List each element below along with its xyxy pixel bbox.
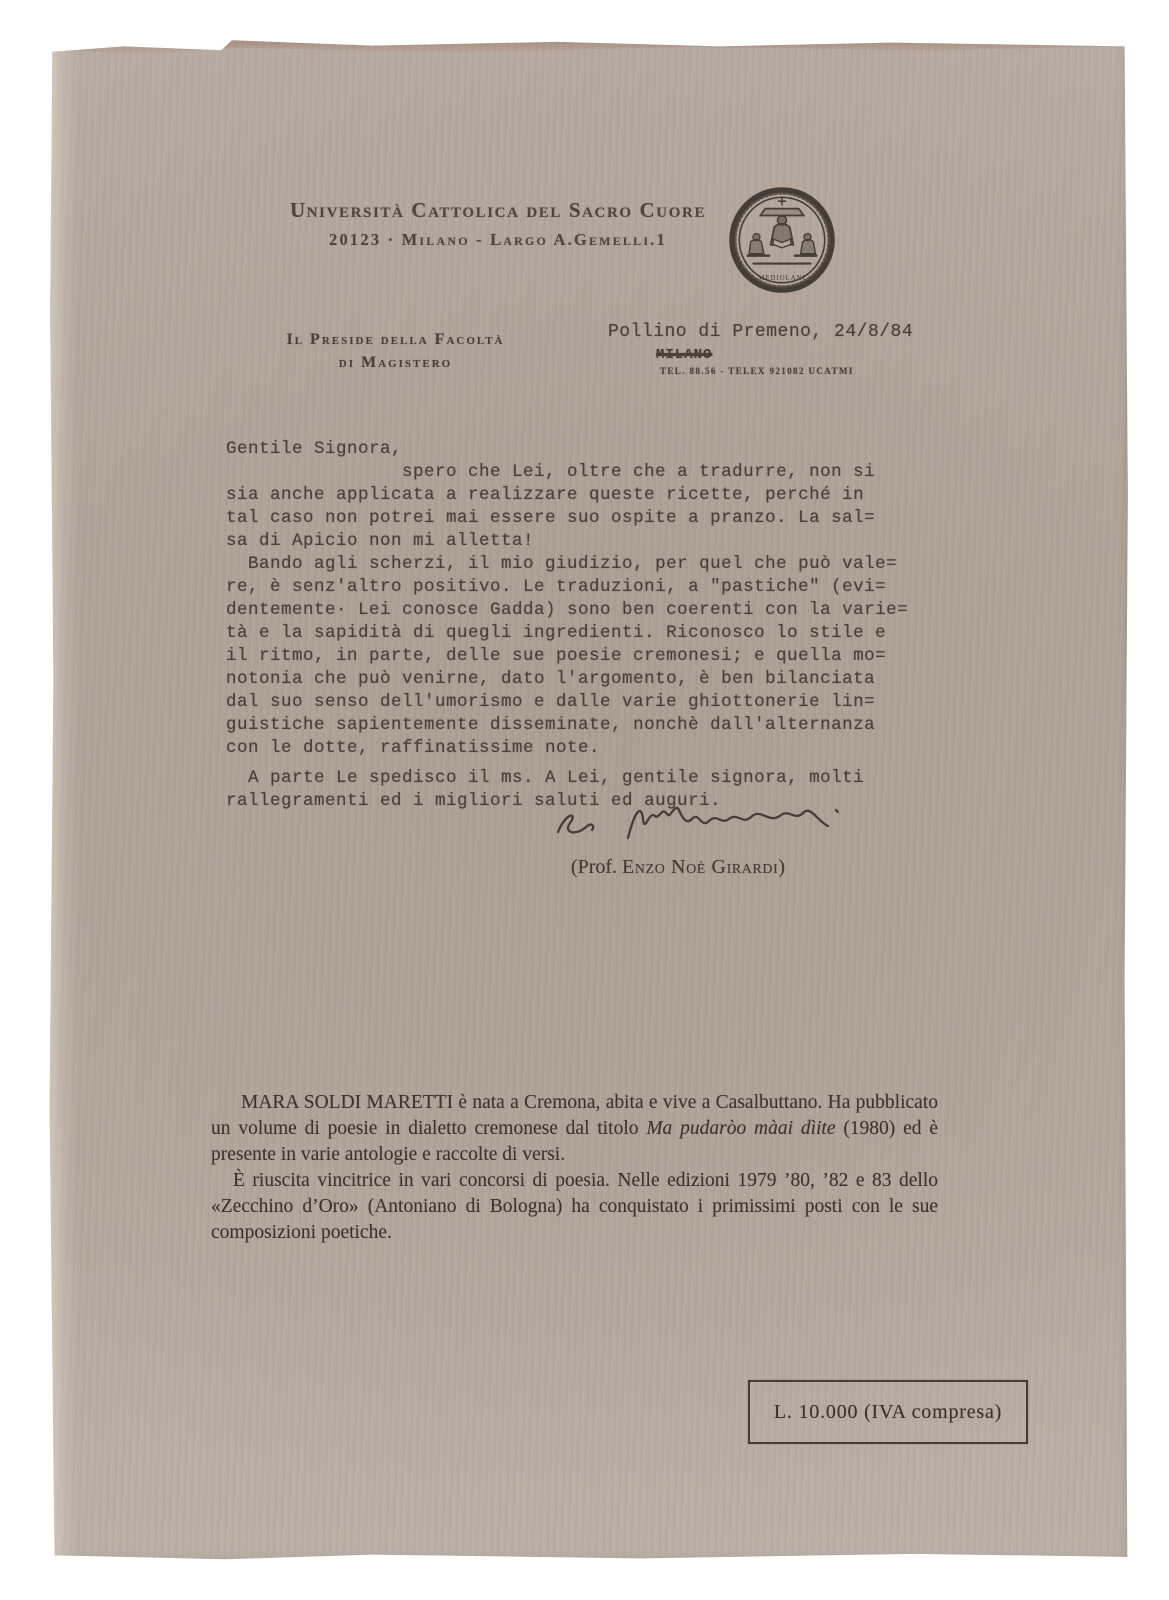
sender-title-line1: Il Preside della Facoltà: [218, 328, 573, 351]
sender-block: Il Preside della Facoltà di Magistero: [218, 328, 573, 374]
university-seal-icon: MEDIOLANI: [728, 184, 836, 296]
dateline-struck-city: MILANO: [656, 347, 712, 363]
bio-paragraph-2: È riuscita vincitrice in vari concorsi d…: [211, 1168, 938, 1246]
letter-body: Gentile Signora, spero che Lei, oltre ch…: [226, 438, 926, 760]
letterhead-university-name: Università Cattolica del Sacro Cuore: [248, 198, 748, 223]
letterhead: Università Cattolica del Sacro Cuore 201…: [248, 198, 748, 250]
bio-paragraph-1: MARA SOLDI MARETTI è nata a Cremona, abi…: [211, 1090, 938, 1168]
signer-name: Enzo Noè Girardi: [622, 856, 778, 878]
dateline-place-date: Pollino di Premeno, 24/8/84: [608, 322, 913, 342]
bio-book-title: Ma pudaròo màai dìite: [646, 1118, 835, 1139]
scanned-page: Università Cattolica del Sacro Cuore 201…: [48, 38, 1130, 1563]
price-label: L. 10.000 (IVA compresa): [774, 1401, 1002, 1424]
price-box: L. 10.000 (IVA compresa): [748, 1380, 1028, 1444]
signature-scribble-icon: [548, 794, 843, 856]
seal-caption: MEDIOLANI: [758, 275, 806, 282]
author-bio: MARA SOLDI MARETTI è nata a Cremona, abi…: [211, 1090, 938, 1246]
signer-prefix: (Prof.: [571, 856, 622, 878]
letterhead-address: 20123 · Milano - Largo A.Gemelli.1: [248, 230, 748, 250]
signer-name-line: (Prof. Enzo Noè Girardi): [528, 856, 828, 879]
sender-title-line2: di Magistero: [218, 351, 573, 374]
signer-suffix: ): [778, 856, 785, 878]
dateline-telex-line: TEL. 88.56 - TELEX 921082 UCATMI: [660, 366, 854, 376]
